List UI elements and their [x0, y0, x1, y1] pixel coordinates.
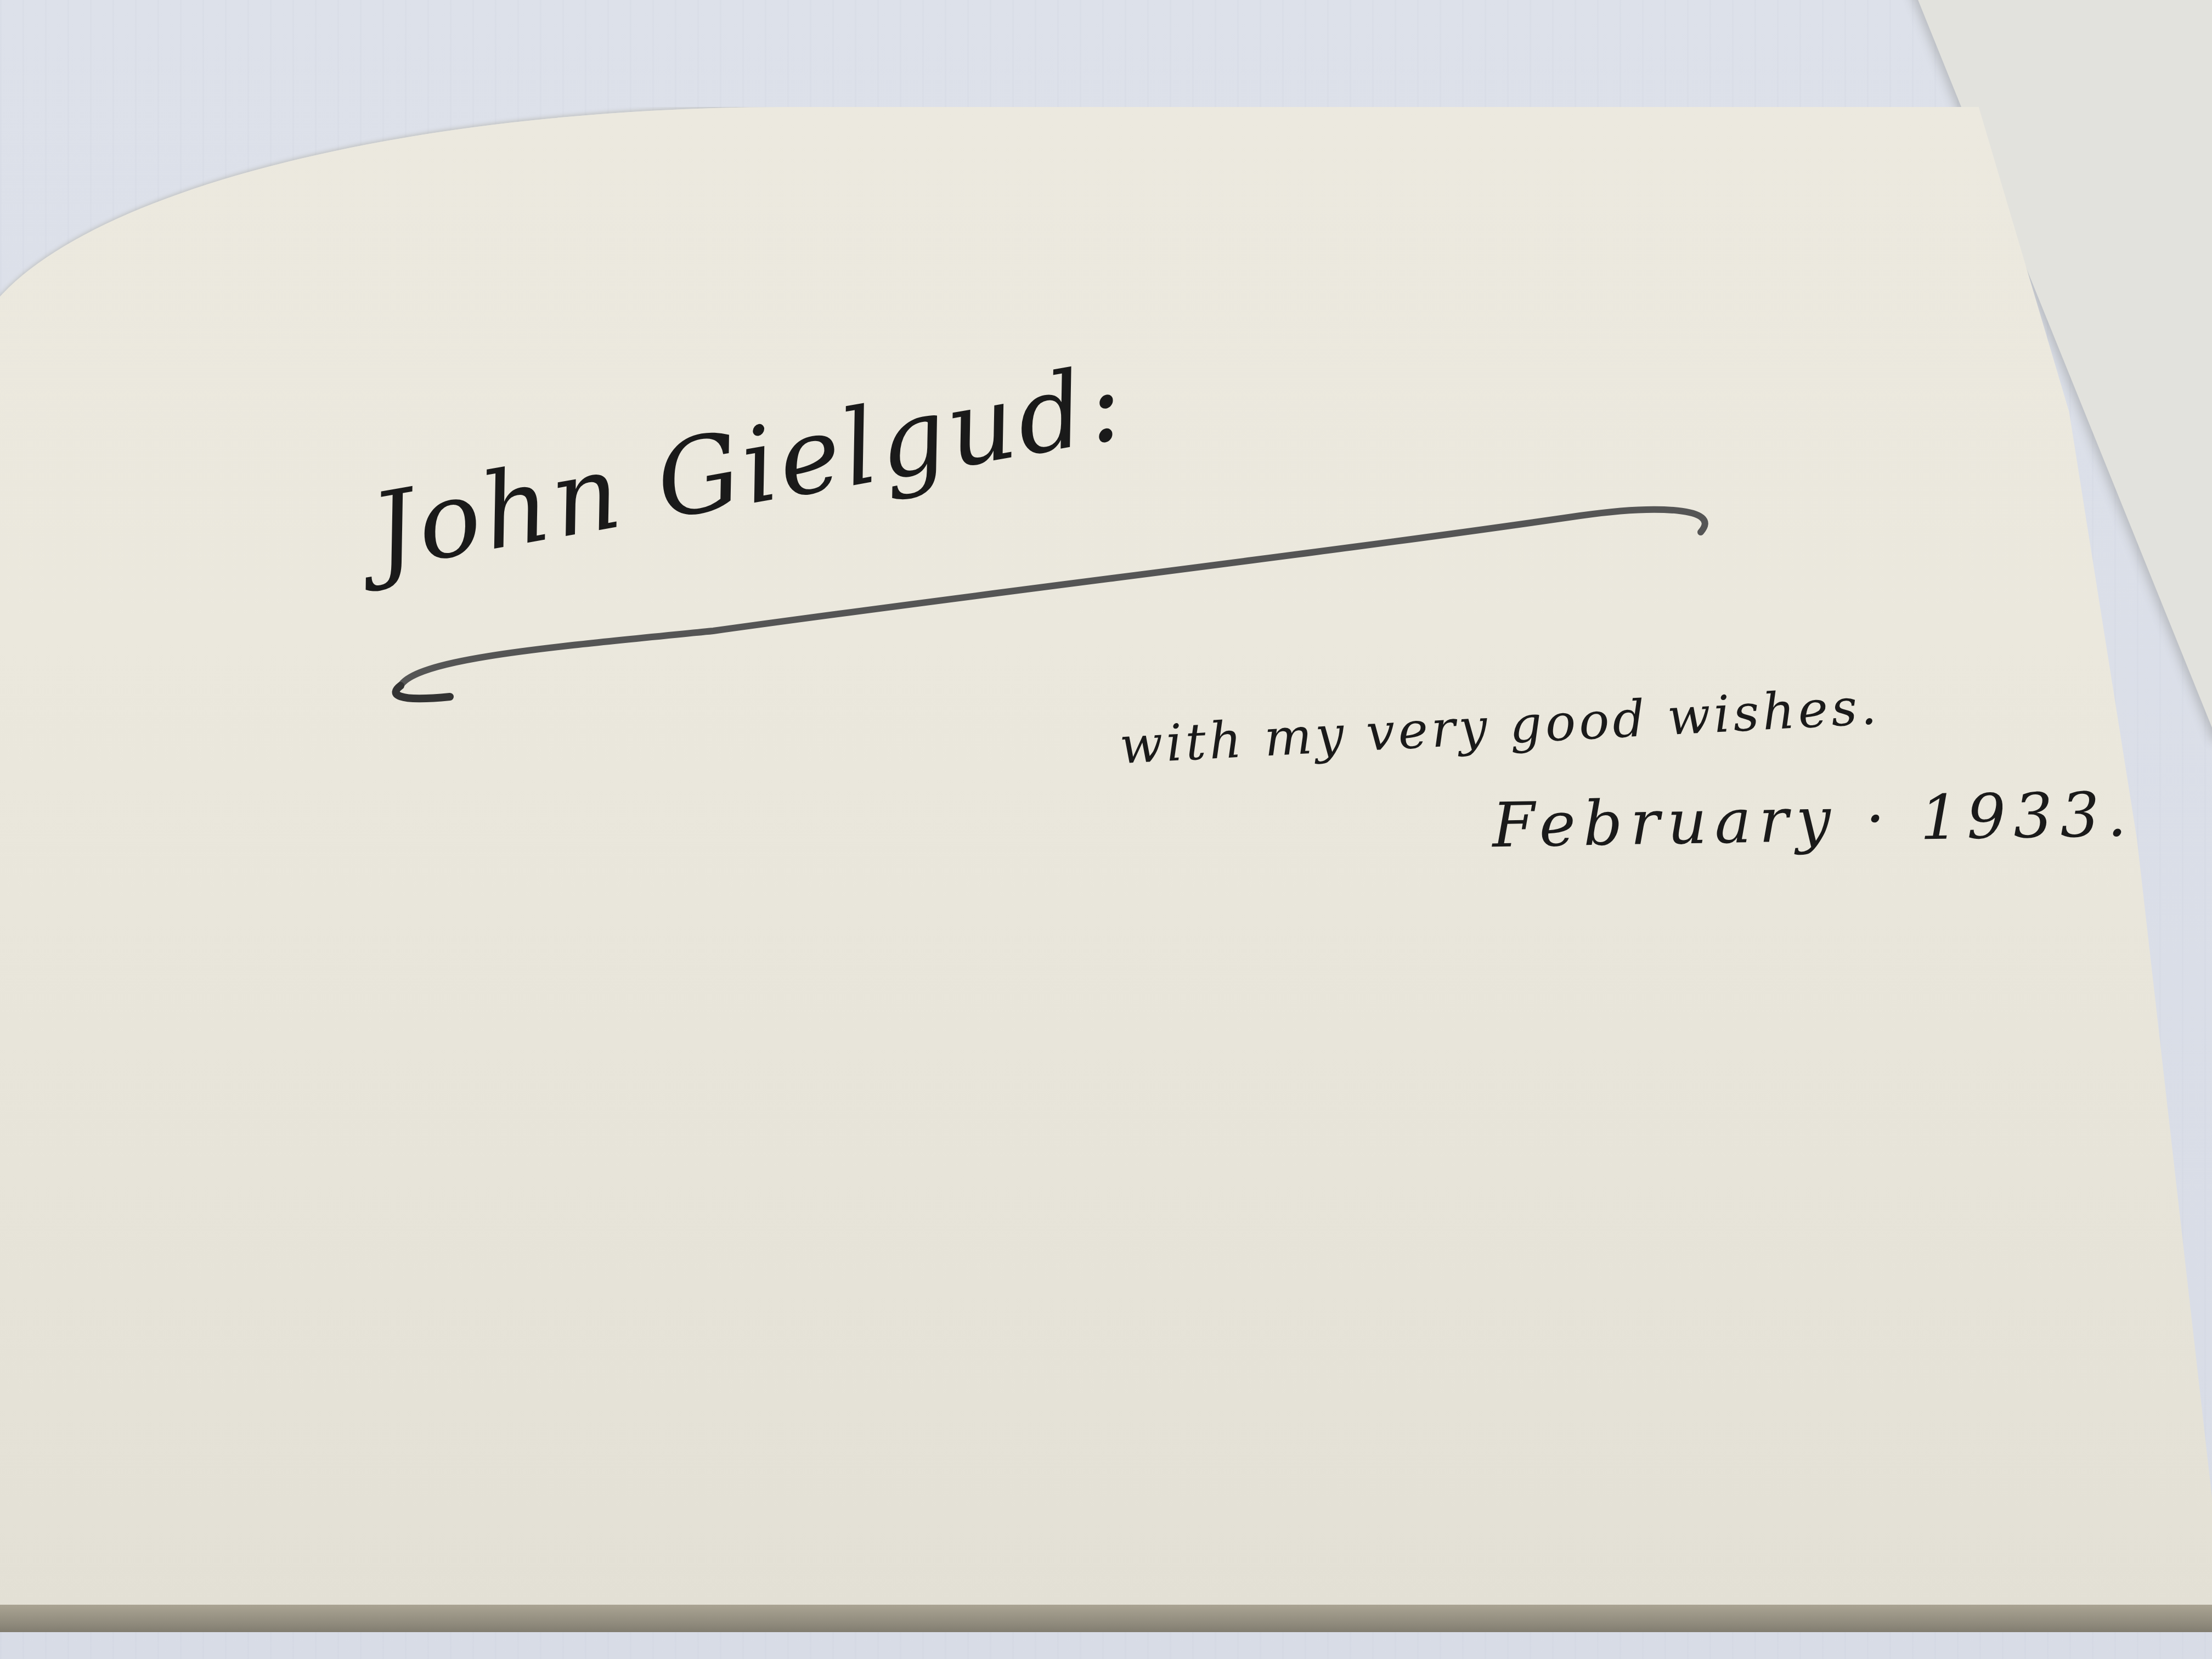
autograph-book-page [0, 107, 2212, 1632]
signature-flourish [384, 494, 1810, 713]
date-text: February · 1933. [1492, 779, 2135, 861]
